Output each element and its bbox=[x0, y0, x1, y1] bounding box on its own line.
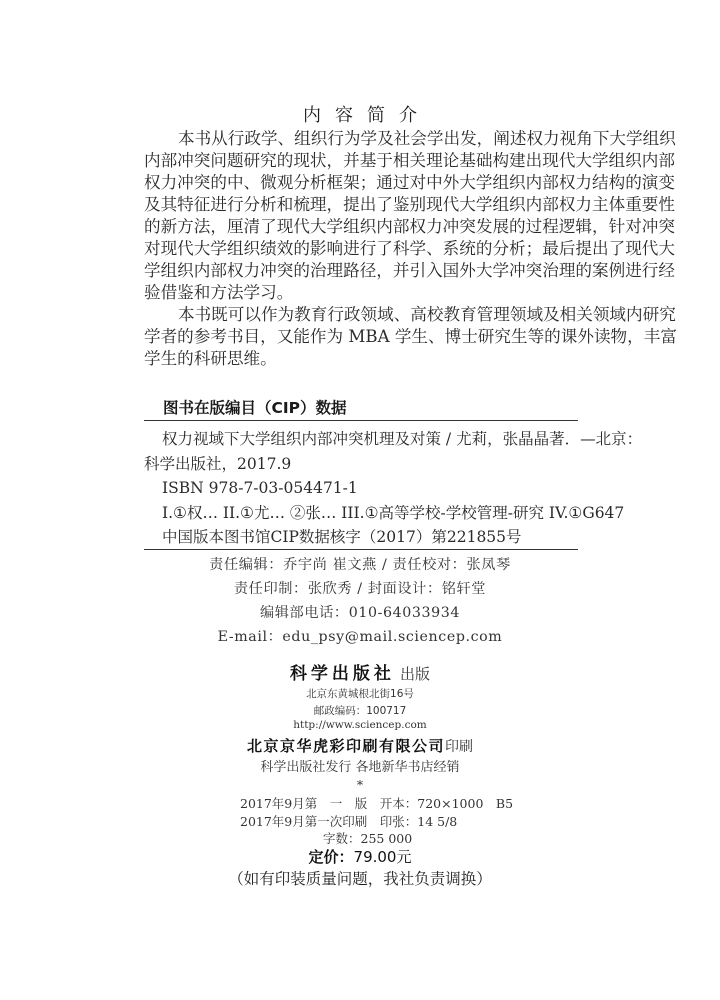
paragraph-line: 的新方法，厘清了现代大学组织内部权力冲突发展的过程逻辑，针对冲突 bbox=[144, 216, 578, 238]
intro-paragraph-2: 本书既可以作为教育行政领域、高校教育管理领域及相关领域内研究 学者的参考书目，又… bbox=[144, 304, 578, 370]
paragraph-line: 及其特征进行分析和梳理，提出了鉴别现代大学组织内部权力主体重要性 bbox=[144, 194, 578, 216]
cip-bottom-rule bbox=[144, 549, 578, 550]
publisher-line: 科学出版社 出版 bbox=[0, 659, 720, 684]
cip-data: 权力视域下大学组织内部冲突机理及对策 / 尤莉，张晶晶著．—北京： 科学出版社，… bbox=[144, 427, 580, 550]
paragraph-line: 验借鉴和方法学习。 bbox=[144, 282, 578, 304]
cip-top-rule bbox=[144, 420, 578, 421]
page-title: 内容简介 bbox=[0, 101, 720, 127]
printer-name: 北京京华虎彩印刷有限公司 bbox=[247, 737, 445, 755]
spec-printing: 2017年9月第一次印刷 印张：14 5/8 bbox=[240, 812, 457, 830]
publisher-suffix: 出版 bbox=[400, 665, 430, 683]
paragraph-line: 本书既可以作为教育行政领域、高校教育管理领域及相关领域内研究 bbox=[144, 304, 578, 326]
paragraph-line: 权力冲突的中、微观分析框架；通过对中外大学组织内部权力结构的演变 bbox=[144, 172, 578, 194]
spec-word-count: 字数：255 000 bbox=[323, 829, 412, 847]
price-line: 定价：79.00元 bbox=[0, 846, 720, 867]
separator-asterisk: * bbox=[0, 777, 720, 792]
paragraph-line: 学组织内部权力冲突的治理路径，并引入国外大学冲突治理的案例进行经 bbox=[144, 260, 578, 282]
printer-line: 北京京华虎彩印刷有限公司印刷 bbox=[0, 735, 720, 756]
intro-paragraph-1: 本书从行政学、组织行为学及社会学出发，阐述权力视角下大学组织 内部冲突问题研究的… bbox=[144, 128, 578, 304]
price-value: 79.00元 bbox=[354, 848, 412, 866]
spec-edition: 2017年9月第 一 版 开本：720×1000 B5 bbox=[240, 794, 513, 812]
cip-line-classification: I.①权… II.①尤… ②张… III.①高等学校-学校管理-研究 IV.①G… bbox=[144, 501, 580, 526]
credits-editors: 责任编辑：乔宇尚 崔文燕 / 责任校对：张凤琴 bbox=[0, 554, 720, 574]
publisher-postcode: 邮政编码：100717 bbox=[0, 703, 720, 718]
paragraph-line: 内部冲突问题研究的现状，并基于相关理论基础构建出现代大学组织内部 bbox=[144, 150, 578, 172]
printer-suffix: 印刷 bbox=[445, 739, 473, 755]
cip-line-title: 权力视域下大学组织内部冲突机理及对策 / 尤莉，张晶晶著．—北京： bbox=[144, 427, 580, 452]
paragraph-line: 学者的参考书目，又能作为 MBA 学生、博士研究生等的课外读物，丰富 bbox=[144, 326, 578, 348]
credits-printing-design: 责任印制：张欣秀 / 封面设计：铭轩堂 bbox=[0, 578, 720, 598]
quality-notice: （如有印装质量问题，我社负责调换） bbox=[0, 867, 720, 889]
publisher-address: 北京东黄城根北街16号 bbox=[0, 686, 720, 701]
paragraph-line: 学生的科研思维。 bbox=[144, 348, 578, 370]
paragraph-line: 本书从行政学、组织行为学及社会学出发，阐述权力视角下大学组织 bbox=[144, 128, 578, 150]
publisher-website: http://www.sciencep.com bbox=[0, 719, 720, 731]
credits-email: E-mail：edu_psy@mail.sciencep.com bbox=[0, 626, 720, 646]
cip-line-record-number: 中国版本图书馆CIP数据核字（2017）第221855号 bbox=[144, 525, 580, 550]
cip-heading: 图书在版编目（CIP）数据 bbox=[163, 396, 347, 418]
credits-phone: 编辑部电话：010-64033934 bbox=[0, 602, 720, 622]
price-label: 定价： bbox=[309, 848, 354, 866]
cip-line-isbn: ISBN 978-7-03-054471-1 bbox=[144, 476, 580, 501]
publisher-name: 科学出版社 bbox=[290, 664, 395, 684]
paragraph-line: 对现代大学组织绩效的影响进行了科学、系统的分析；最后提出了现代大 bbox=[144, 238, 578, 260]
cip-line-publisher: 科学出版社，2017.9 bbox=[144, 452, 580, 477]
distribution-line: 科学出版社发行 各地新华书店经销 bbox=[0, 756, 720, 775]
